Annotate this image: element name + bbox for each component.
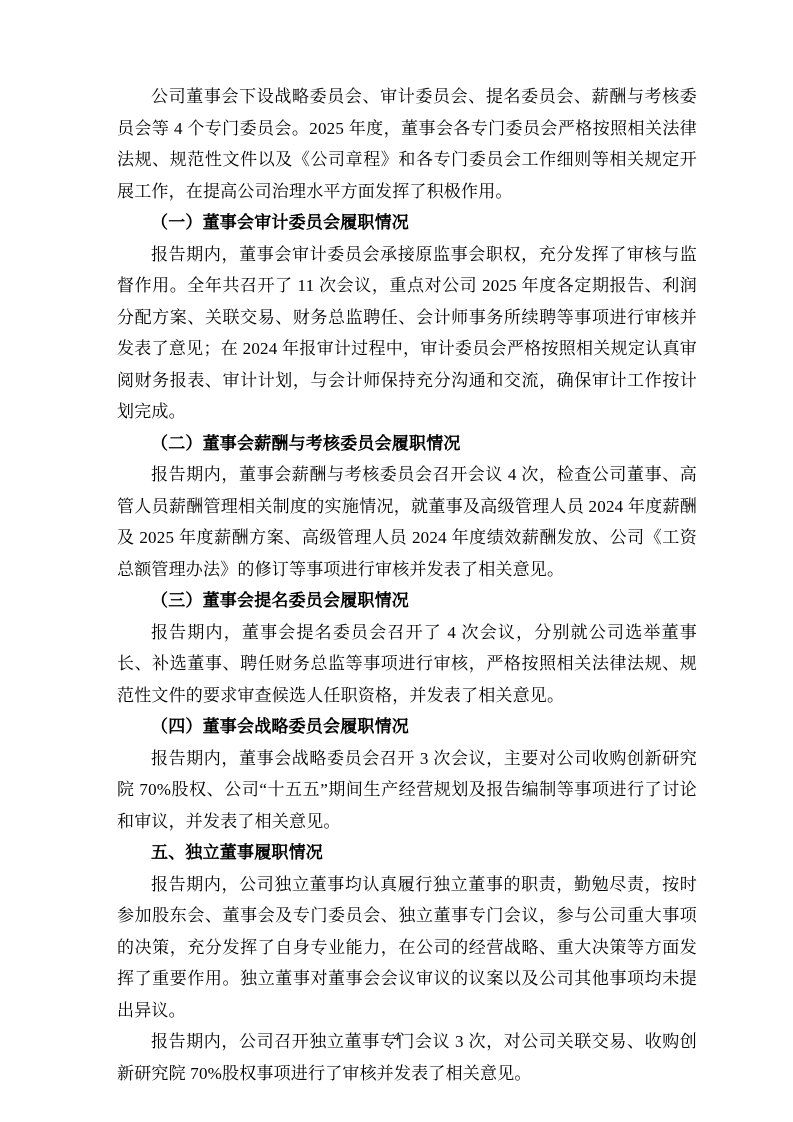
paragraph-committees-intro: 公司董事会下设战略委员会、审计委员会、提名委员会、薪酬与考核委员会等 4 个专门… (117, 81, 697, 207)
heading-independent-directors: 五、独立董事履职情况 (117, 837, 697, 869)
paragraph-independent-directors: 报告期内，公司独立董事均认真履行独立董事的职责，勤勉尽责，按时参加股东会、董事会… (117, 869, 697, 1027)
page-number: 4 (0, 1028, 793, 1046)
document-page: 公司董事会下设战略委员会、审计委员会、提名委员会、薪酬与考核委员会等 4 个专门… (0, 0, 793, 1122)
heading-compensation-committee: （二）董事会薪酬与考核委员会履职情况 (117, 428, 697, 460)
paragraph-audit-committee: 报告期内，董事会审计委员会承接原监事会职权，充分发挥了审核与监督作用。全年共召开… (117, 239, 697, 428)
paragraph-compensation-committee: 报告期内，董事会薪酬与考核委员会召开会议 4 次，检查公司董事、高管人员薪酬管理… (117, 459, 697, 585)
heading-audit-committee: （一）董事会审计委员会履职情况 (117, 207, 697, 239)
paragraph-strategy-committee: 报告期内，董事会战略委员会召开 3 次会议，主要对公司收购创新研究院 70%股权… (117, 743, 697, 838)
document-body: 公司董事会下设战略委员会、审计委员会、提名委员会、薪酬与考核委员会等 4 个专门… (0, 0, 793, 1089)
paragraph-nomination-committee: 报告期内，董事会提名委员会召开了 4 次会议，分别就公司选举董事长、补选董事、聘… (117, 617, 697, 712)
heading-nomination-committee: （三）董事会提名委员会履职情况 (117, 585, 697, 617)
heading-strategy-committee: （四）董事会战略委员会履职情况 (117, 711, 697, 743)
